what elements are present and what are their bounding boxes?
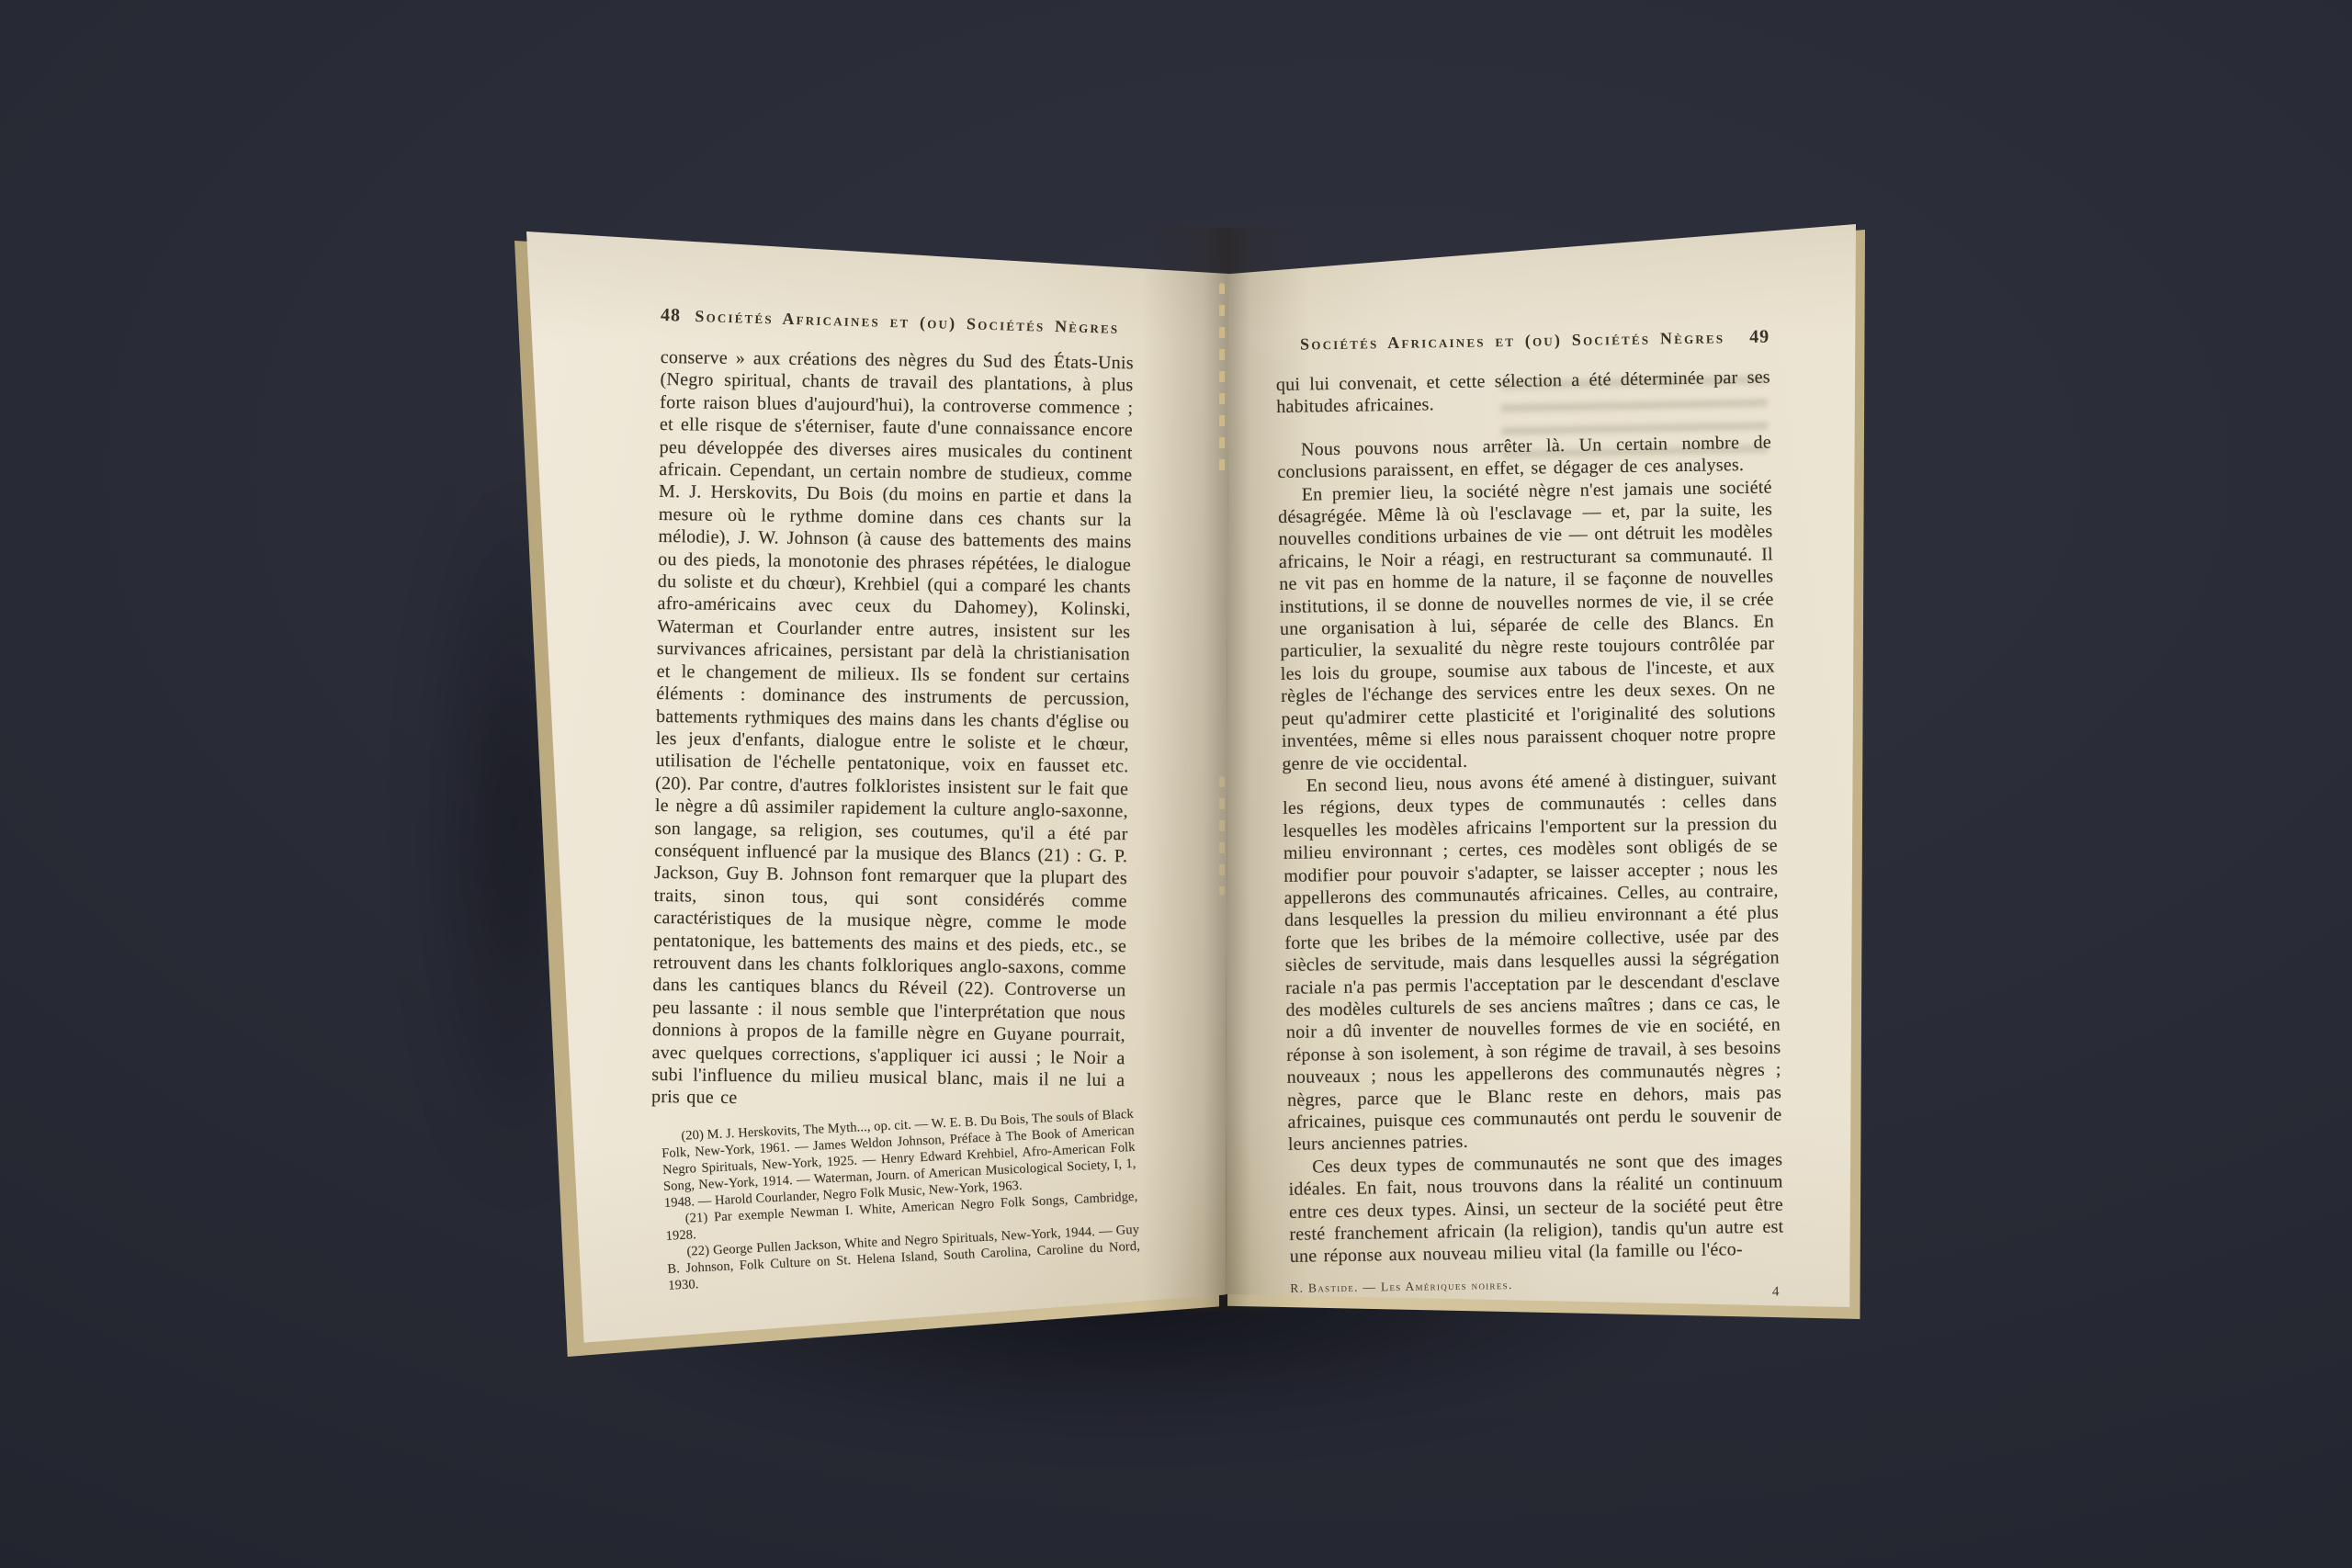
photo-background: 48 Sociétés Africaines et (ou) Sociétés … xyxy=(0,0,2352,1568)
right-paragraph-4: En second lieu, nous avons été amené à d… xyxy=(1283,767,1782,1156)
page-left: 48 Sociétés Africaines et (ou) Sociétés … xyxy=(526,231,1228,1345)
right-paragraph-3: En premier lieu, la société nègre n'est … xyxy=(1278,476,1777,775)
right-page-number: 49 xyxy=(1749,327,1770,348)
page-right: Sociétés Africaines et (ou) Sociétés Nèg… xyxy=(1226,224,1856,1307)
left-page-body-text: conserve » aux créations des nègres du S… xyxy=(651,346,1134,1114)
right-running-title: Sociétés Africaines et (ou) Sociétés Nèg… xyxy=(1275,328,1749,355)
book-author-title: R. Bastide. — Les Amériques noires. xyxy=(1290,1278,1512,1296)
right-page-content: Sociétés Africaines et (ou) Sociétés Nèg… xyxy=(1275,327,1785,1308)
left-running-title: Sociétés Africaines et (ou) Sociétés Nèg… xyxy=(681,307,1134,339)
right-page-header: Sociétés Africaines et (ou) Sociétés Nèg… xyxy=(1275,327,1770,355)
right-paragraph-5: Ces deux types de communautés ne sont qu… xyxy=(1288,1148,1784,1268)
left-page-content: 48 Sociétés Africaines et (ou) Sociétés … xyxy=(661,305,1134,1294)
left-page-header: 48 Sociétés Africaines et (ou) Sociétés … xyxy=(661,305,1134,339)
right-paragraph-2: Nous pouvons nous arrêter là. Un certain… xyxy=(1277,431,1772,483)
signature-mark: 4 xyxy=(1772,1284,1780,1300)
spine-stitch-thread xyxy=(1219,283,1225,480)
spine-stitch-thread-lower xyxy=(1219,776,1225,896)
right-paragraph-1: qui lui convenait, et cette sélection a … xyxy=(1276,367,1771,419)
left-page-footnotes: (20) M. J. Herskovits, The Myth..., op. … xyxy=(661,1106,1141,1294)
left-page-number: 48 xyxy=(661,305,682,327)
